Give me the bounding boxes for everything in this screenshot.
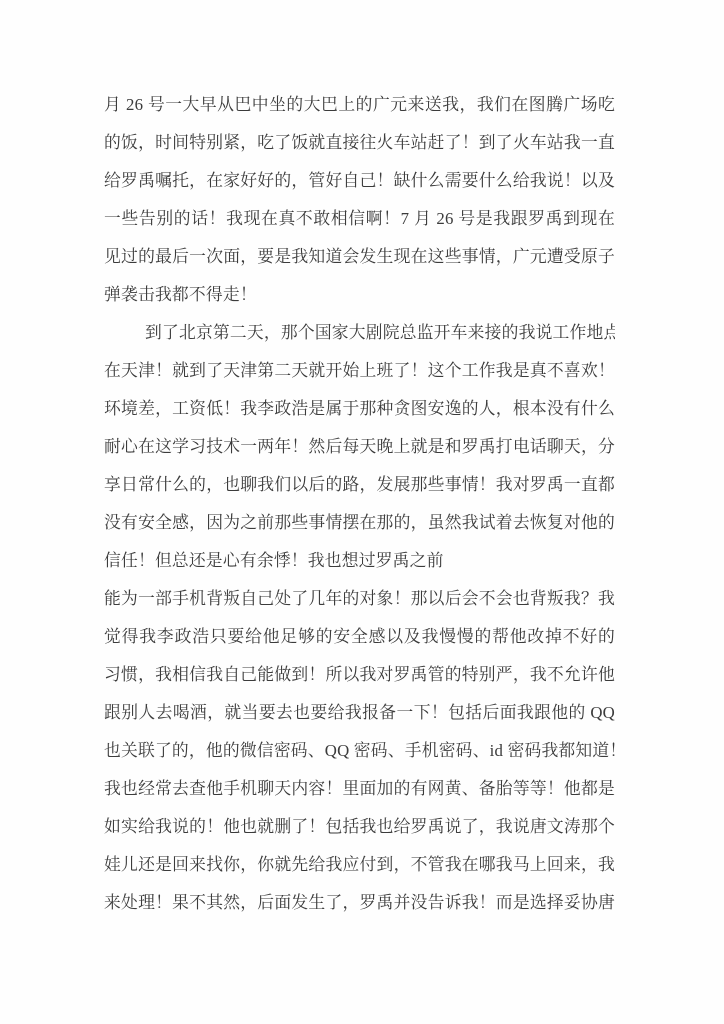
text-line: 跟别人去喝酒，就当要去也要给我报备一下！包括后面我跟他的 QQ [104,694,615,732]
text-line: 能为一部手机背叛自己处了几年的对象！那以后会不会也背叛我？我 [104,580,615,618]
paragraph-1: 月 26 号一大早从巴中坐的大巴上的广元来送我，我们在图腾广场吃 的饭，时间特别… [104,86,615,314]
text-line: 一些告别的话！我现在真不敢相信啊！7 月 26 号是我跟罗禹到现在 [104,200,615,238]
text-line: 习惯，我相信我自己能做到！所以我对罗禹管的特别严，我不允许他 [104,656,615,694]
text-line: 如实给我说的！他也就删了！包括我也给罗禹说了，我说唐文涛那个 [104,808,615,846]
text-line: 娃儿还是回来找你，你就先给我应付到，不管我在哪我马上回来，我 [104,846,615,884]
text-block: 月 26 号一大早从巴中坐的大巴上的广元来送我，我们在图腾广场吃 的饭，时间特别… [104,86,615,922]
document-page: 月 26 号一大早从巴中坐的大巴上的广元来送我，我们在图腾广场吃 的饭，时间特别… [0,0,724,1024]
text-line: 信任！但总还是心有余悸！我也想过罗禹之前 [104,542,615,580]
text-line: 在天津！就到了天津第二天就开始上班了！这个工作我是真不喜欢！ [104,352,615,390]
text-line: 弹袭击我都不得走！ [104,276,615,314]
text-line: 月 26 号一大早从巴中坐的大巴上的广元来送我，我们在图腾广场吃 [104,86,615,124]
text-line: 觉得我李政浩只要给他足够的安全感以及我慢慢的帮他改掉不好的 [104,618,615,656]
text-line: 给罗禹嘱托，在家好好的，管好自己！缺什么需要什么给我说！以及 [104,162,615,200]
text-line: 见过的最后一次面，要是我知道会发生现在这些事情，广元遭受原子 [104,238,615,276]
text-line: 没有安全感，因为之前那些事情摆在那的，虽然我试着去恢复对他的 [104,504,615,542]
text-line: 也关联了的，他的微信密码、QQ 密码、手机密码、id 密码我都知道！ [104,732,615,770]
text-line: 的饭，时间特别紧，吃了饭就直接往火车站赶了！到了火车站我一直 [104,124,615,162]
text-line: 享日常什么的，也聊我们以后的路，发展那些事情！我对罗禹一直都 [104,466,615,504]
paragraph-3: 能为一部手机背叛自己处了几年的对象！那以后会不会也背叛我？我 觉得我李政浩只要给… [104,580,615,922]
text-line: 到了北京第二天，那个国家大剧院总监开车来接的我说工作地点 [104,314,615,352]
text-line: 耐心在这学习技术一两年！然后每天晚上就是和罗禹打电话聊天，分 [104,428,615,466]
text-line: 环境差，工资低！我李政浩是属于那种贪图安逸的人，根本没有什么 [104,390,615,428]
paragraph-2: 到了北京第二天，那个国家大剧院总监开车来接的我说工作地点 在天津！就到了天津第二… [104,314,615,580]
text-line: 来处理！果不其然，后面发生了，罗禹并没告诉我！而是选择妥协唐 [104,884,615,922]
text-line: 我也经常去查他手机聊天内容！里面加的有网黄、备胎等等！他都是 [104,770,615,808]
